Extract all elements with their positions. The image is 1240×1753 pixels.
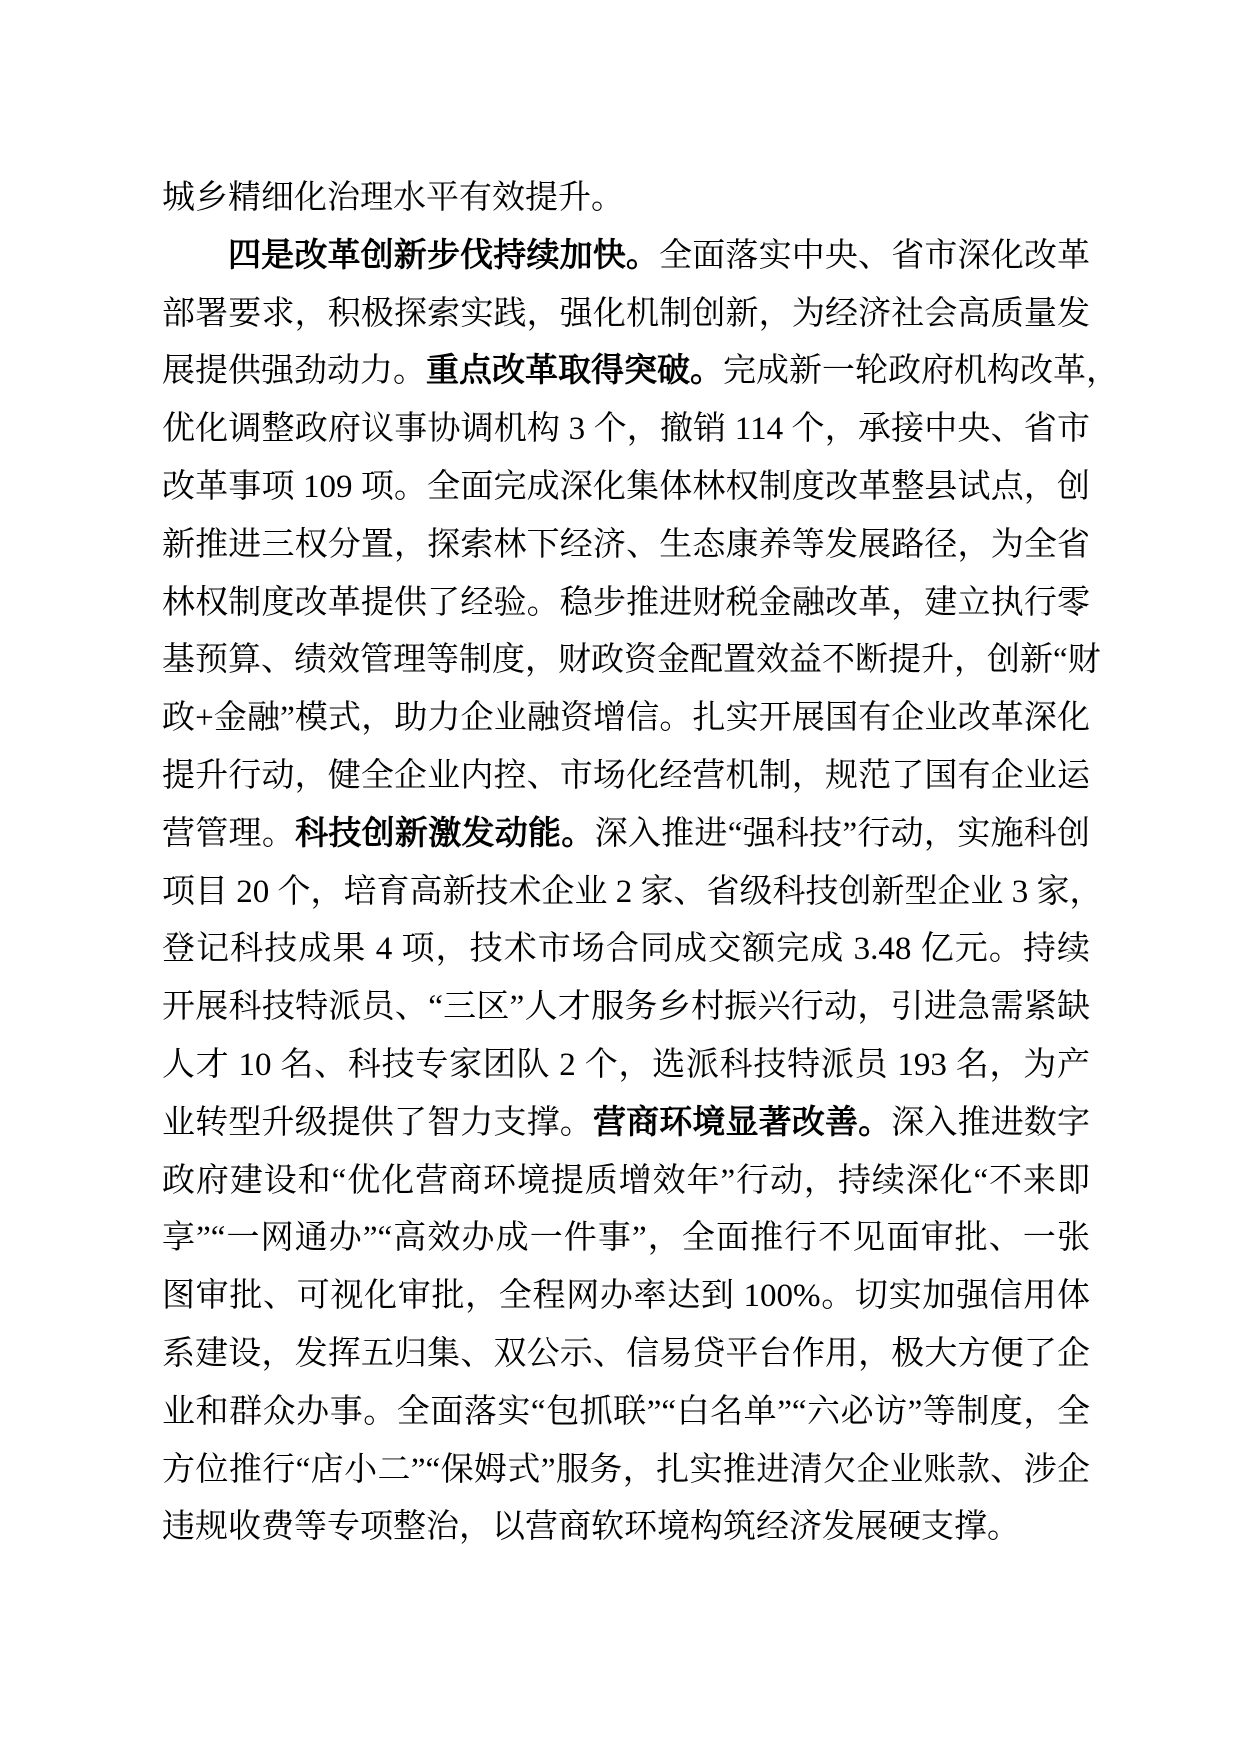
text-line: 林权制度改革提供了经验。稳步推进财税金融改革，建立执行零 (162, 575, 1090, 633)
body-text: 营管理。 (162, 816, 295, 852)
text-line: 开展科技特派员、“三区”人才服务乡村振兴行动，引进急需紧缺 (162, 979, 1090, 1037)
body-text: 基预算、绩效管理等制度，财政资金配置效益不断提升，创新“财 (162, 642, 1101, 678)
text-line: 违规收费等专项整治，以营商软环境构筑经济发展硬支撑。 (162, 1499, 1090, 1557)
text-line: 人才 10 名、科技专家团队 2 个，选派科技特派员 193 名，为产 (162, 1037, 1090, 1095)
text-line: 四是改革创新步伐持续加快。全面落实中央、省市深化改革 (162, 228, 1090, 286)
body-text: 业转型升级提供了智力支撑。 (162, 1105, 593, 1141)
body-text: 部署要求，积极探索实践，强化机制创新，为经济社会高质量发 (162, 296, 1090, 332)
text-line: 改革事项 109 项。全面完成深化集体林权制度改革整县试点，创 (162, 459, 1090, 517)
text-line: 展提供强劲动力。重点改革取得突破。完成新一轮政府机构改革， (162, 343, 1090, 401)
body-text: 开展科技特派员、“三区”人才服务乡村振兴行动，引进急需紧缺 (162, 989, 1090, 1025)
body-text: 城乡精细化治理水平有效提升。 (162, 180, 624, 216)
text-line: 方位推行“店小二”“保姆式”服务，扎实推进清欠企业账款、涉企 (162, 1442, 1090, 1500)
body-text: 人才 10 名、科技专家团队 2 个，选派科技特派员 193 名，为产 (162, 1047, 1090, 1083)
body-text: 方位推行“店小二”“保姆式”服务，扎实推进清欠企业账款、涉企 (162, 1452, 1090, 1488)
text-line: 营管理。科技创新激发动能。深入推进“强科技”行动，实施科创 (162, 806, 1090, 864)
body-text: 新推进三权分置，探索林下经济、生态康养等发展路径，为全省 (162, 527, 1090, 563)
text-line: 登记科技成果 4 项，技术市场合同成交额完成 3.48 亿元。持续 (162, 921, 1090, 979)
text-line: 基预算、绩效管理等制度，财政资金配置效益不断提升，创新“财 (162, 632, 1090, 690)
body-text: 完成新一轮政府机构改革， (723, 353, 1119, 389)
body-text: 展提供强劲动力。 (162, 353, 426, 389)
body-text: 政府建设和“优化营商环境提质增效年”行动，持续深化“不来即 (162, 1163, 1090, 1199)
text-line: 城乡精细化治理水平有效提升。 (162, 170, 1090, 228)
bold-emphasis-text: 科技创新激发动能。 (295, 816, 594, 852)
body-text: 深入推进数字 (891, 1105, 1090, 1141)
body-text: 深入推进“强科技”行动，实施科创 (595, 816, 1090, 852)
body-text: 林权制度改革提供了经验。稳步推进财税金融改革，建立执行零 (162, 585, 1090, 621)
text-block: 城乡精细化治理水平有效提升。四是改革创新步伐持续加快。全面落实中央、省市深化改革… (162, 170, 1090, 1557)
text-line: 政府建设和“优化营商环境提质增效年”行动，持续深化“不来即 (162, 1153, 1090, 1211)
text-line: 项目 20 个，培育高新技术企业 2 家、省级科技创新型企业 3 家， (162, 864, 1090, 922)
text-line: 业和群众办事。全面落实“包抓联”“白名单”“六必访”等制度，全 (162, 1384, 1090, 1442)
body-text: 违规收费等专项整治，以营商软环境构筑经济发展硬支撑。 (162, 1509, 1020, 1545)
text-line: 业转型升级提供了智力支撑。营商环境显著改善。深入推进数字 (162, 1095, 1090, 1153)
body-text: 全面落实中央、省市深化改革 (659, 238, 1090, 274)
bold-emphasis-text: 营商环境显著改善。 (593, 1105, 891, 1141)
text-line: 系建设，发挥五归集、双公示、信易贷平台作用，极大方便了企 (162, 1326, 1090, 1384)
body-text: 改革事项 109 项。全面完成深化集体林权制度改革整县试点，创 (162, 469, 1090, 505)
text-line: 政+金融”模式，助力企业融资增信。扎实开展国有企业改革深化 (162, 690, 1090, 748)
bold-emphasis-text: 四是改革创新步伐持续加快。 (228, 238, 659, 274)
body-text: 政+金融”模式，助力企业融资增信。扎实开展国有企业改革深化 (162, 700, 1090, 736)
body-text: 业和群众办事。全面落实“包抓联”“白名单”“六必访”等制度，全 (162, 1394, 1090, 1430)
body-text: 系建设，发挥五归集、双公示、信易贷平台作用，极大方便了企 (162, 1336, 1090, 1372)
text-line: 新推进三权分置，探索林下经济、生态康养等发展路径，为全省 (162, 517, 1090, 575)
body-text: 项目 20 个，培育高新技术企业 2 家、省级科技创新型企业 3 家， (162, 874, 1103, 910)
bold-emphasis-text: 重点改革取得突破。 (426, 353, 723, 389)
text-line: 图审批、可视化审批，全程网办率达到 100%。切实加强信用体 (162, 1268, 1090, 1326)
text-line: 享”“一网通办”“高效办成一件事”，全面推行不见面审批、一张 (162, 1210, 1090, 1268)
body-text: 优化调整政府议事协调机构 3 个，撤销 114 个，承接中央、省市 (162, 411, 1090, 447)
body-text: 登记科技成果 4 项，技术市场合同成交额完成 3.48 亿元。持续 (162, 931, 1090, 967)
text-line: 提升行动，健全企业内控、市场化经营机制，规范了国有企业运 (162, 748, 1090, 806)
text-line: 部署要求，积极探索实践，强化机制创新，为经济社会高质量发 (162, 286, 1090, 344)
document-page: 城乡精细化治理水平有效提升。四是改革创新步伐持续加快。全面落实中央、省市深化改革… (0, 0, 1240, 1753)
text-line: 优化调整政府议事协调机构 3 个，撤销 114 个，承接中央、省市 (162, 401, 1090, 459)
body-text: 提升行动，健全企业内控、市场化经营机制，规范了国有企业运 (162, 758, 1090, 794)
body-text: 图审批、可视化审批，全程网办率达到 100%。切实加强信用体 (162, 1278, 1090, 1314)
body-text: 享”“一网通办”“高效办成一件事”，全面推行不见面审批、一张 (162, 1220, 1090, 1256)
